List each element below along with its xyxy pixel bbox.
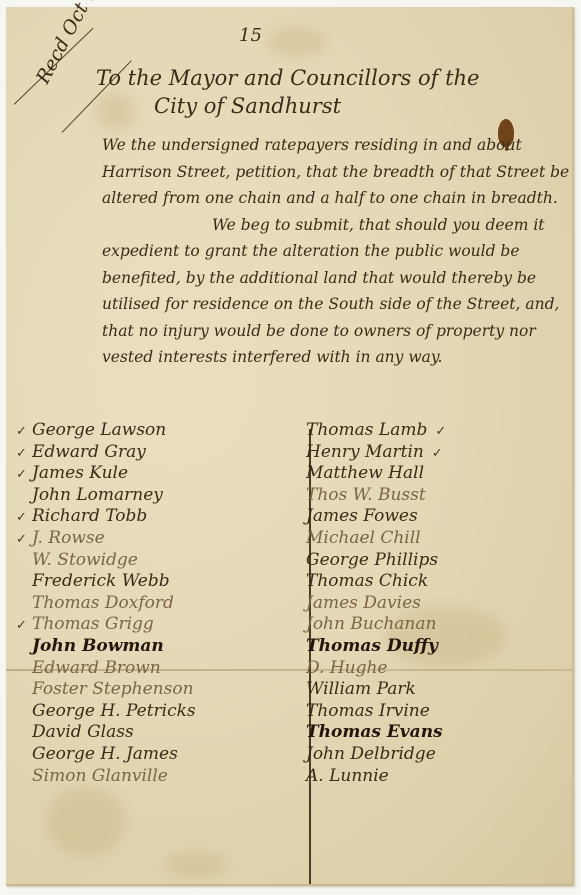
tick-mark-icon: ✓ xyxy=(16,529,32,551)
signature: A. Lunnie xyxy=(306,766,576,788)
petition-body: We the undersigned ratepayers residing i… xyxy=(102,132,572,371)
signature: Michael Chill xyxy=(306,528,576,550)
address-line-1: To the Mayor and Councillors of the xyxy=(96,66,479,90)
signature: James Fowes xyxy=(306,506,576,528)
signature: Thomas Chick xyxy=(306,571,576,593)
petition-sheet: Recd Oct 16/72 15 To the Mayor and Counc… xyxy=(6,7,574,886)
water-stain xyxy=(266,27,326,57)
tick-mark-icon: ✓ xyxy=(432,446,443,461)
signature: Frederick Webb xyxy=(16,571,301,593)
signature: W. Stowidge xyxy=(16,550,301,572)
signature: Thomas Evans xyxy=(306,722,576,744)
signature: Matthew Hall xyxy=(306,463,576,485)
signature: Thomas Duffy xyxy=(306,636,576,658)
signature: ✓Edward Gray xyxy=(16,442,301,464)
signature: Thomas Irvine xyxy=(306,701,576,723)
folio-number: 15 xyxy=(239,25,262,46)
tick-mark-icon: ✓ xyxy=(16,464,32,486)
signatures-right-column: Thomas Lamb✓ Henry Martin✓ Matthew Hall … xyxy=(306,420,576,787)
address-line-2: City of Sandhurst xyxy=(96,92,479,120)
signature: John Lomarney xyxy=(16,485,301,507)
signature: David Glass xyxy=(16,722,301,744)
signature: D. Hughe xyxy=(306,658,576,680)
tick-mark-icon: ✓ xyxy=(16,443,32,465)
signature: ✓James Kule xyxy=(16,463,301,485)
tick-mark-icon: ✓ xyxy=(16,421,32,443)
signature: John Buchanan xyxy=(306,614,576,636)
signature: George H. James xyxy=(16,744,301,766)
petition-paragraph-1: We the undersigned ratepayers residing i… xyxy=(102,132,572,212)
signature: ✓J. Rowse xyxy=(16,528,301,550)
tick-mark-icon: ✓ xyxy=(16,615,32,637)
signature: John Bowman xyxy=(16,636,301,658)
signature: George H. Petricks xyxy=(16,701,301,723)
signature: Thos W. Busst xyxy=(306,485,576,507)
water-stain xyxy=(166,852,226,877)
water-stain xyxy=(46,787,126,857)
signature: George Phillips xyxy=(306,550,576,572)
signature: William Park xyxy=(306,679,576,701)
signature: ✓Thomas Grigg xyxy=(16,614,301,636)
signature: James Davies xyxy=(306,593,576,615)
signature: Foster Stephenson xyxy=(16,679,301,701)
tick-mark-icon: ✓ xyxy=(435,424,446,439)
petition-paragraph-2: We beg to submit, that should you deem i… xyxy=(102,212,572,371)
signature: Simon Glanville xyxy=(16,766,301,788)
signature: ✓George Lawson xyxy=(16,420,301,442)
signature: Edward Brown xyxy=(16,658,301,680)
signature: Thomas Lamb✓ xyxy=(306,420,576,442)
signature: Thomas Doxford xyxy=(16,593,301,615)
petition-address: To the Mayor and Councillors of the City… xyxy=(96,64,479,120)
tick-mark-icon: ✓ xyxy=(16,507,32,529)
signatures-left-column: ✓George Lawson ✓Edward Gray ✓James Kule … xyxy=(16,420,301,787)
signature: Henry Martin✓ xyxy=(306,442,576,464)
signature: John Delbridge xyxy=(306,744,576,766)
signature: ✓Richard Tobb xyxy=(16,506,301,528)
